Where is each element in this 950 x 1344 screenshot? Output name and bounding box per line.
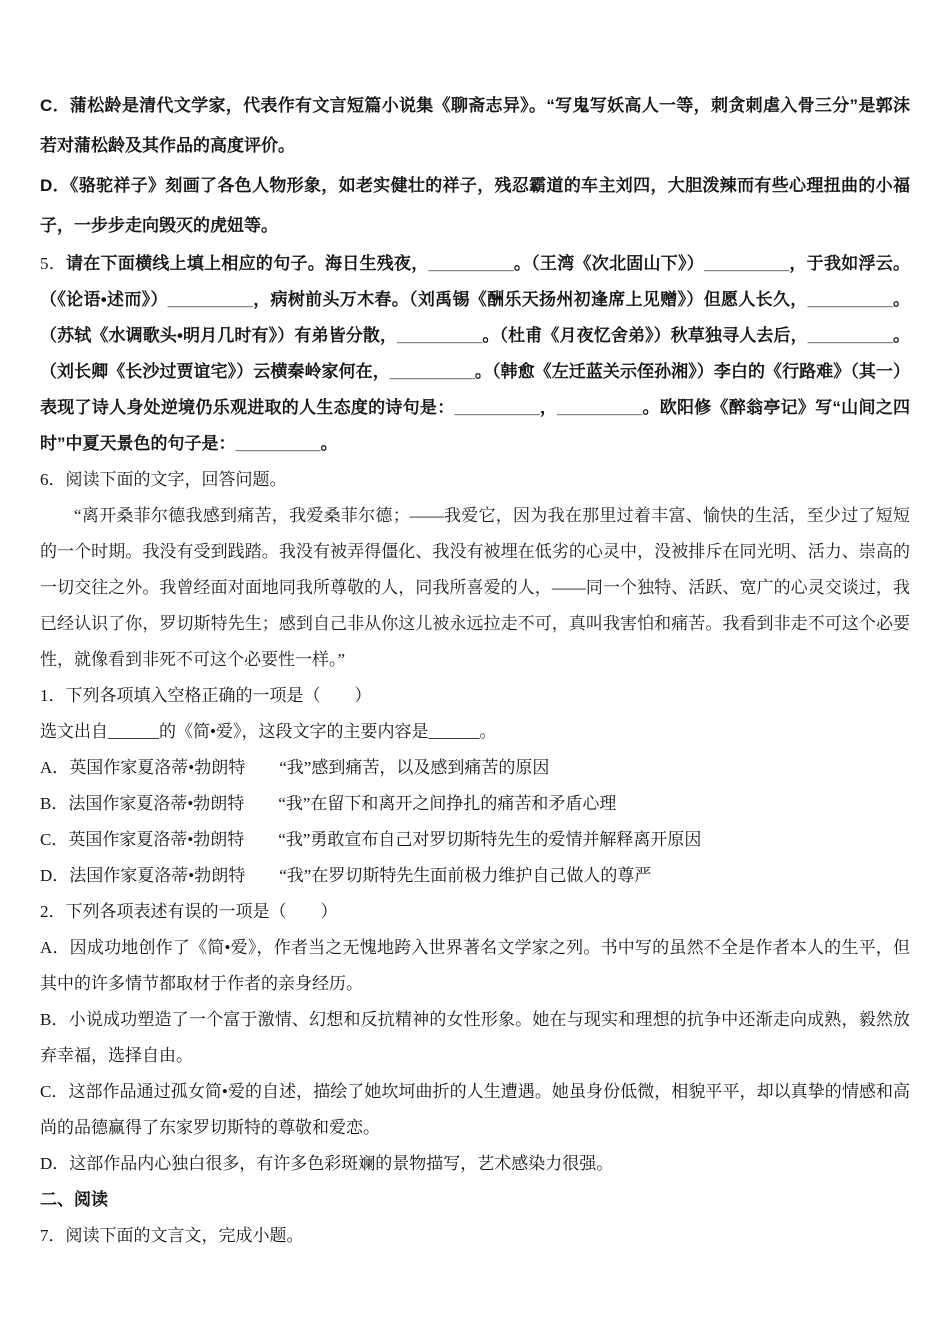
choice-c-pu-songling: C．蒲松龄是清代文学家，代表作有文言短篇小说集《聊斋志异》。“写鬼写妖高人一等，… bbox=[40, 86, 910, 166]
question-6-intro: 6．阅读下面的文字，回答问题。 bbox=[40, 462, 910, 498]
q6-sub2-option-a: A．因成功地创作了《简•爱》，作者当之无愧地跨入世界著名文学家之列。书中写的虽然… bbox=[40, 930, 910, 1002]
text-run: 6．阅读下面的文字，回答问题。 bbox=[40, 470, 287, 489]
text-run: A．因成功地创作了《简•爱》，作者当之无愧地跨入世界著名文学家之列。书中写的虽然… bbox=[40, 938, 910, 993]
q6-sub2-stem: 2．下列各项表述有误的一项是（ ） bbox=[40, 894, 910, 930]
exam-document-page: C．蒲松龄是清代文学家，代表作有文言短篇小说集《聊斋志异》。“写鬼写妖高人一等，… bbox=[0, 0, 950, 1344]
text-run: 2．下列各项表述有误的一项是（ ） bbox=[40, 902, 338, 921]
section-2-heading: 二、阅读 bbox=[40, 1182, 910, 1218]
question-5-dictation: 5．请在下面横线上填上相应的句子。海日生残夜，_________。（王湾《次北固… bbox=[40, 246, 910, 462]
question-7-intro: 7．阅读下面的文言文，完成小题。 bbox=[40, 1218, 910, 1254]
jane-eyre-quote: “离开桑菲尔德我感到痛苦，我爱桑菲尔德；——我爱它，因为我在那里过着丰富、愉快的… bbox=[40, 498, 910, 678]
q6-sub1-option-a: A．英国作家夏洛蒂•勃朗特 “我”感到痛苦，以及感到痛苦的原因 bbox=[40, 750, 910, 786]
text-run: 二、阅读 bbox=[40, 1190, 108, 1209]
text-run: B．小说成功塑造了一个富于激情、幻想和反抗精神的女性形象。她在与现实和理想的抗争… bbox=[40, 1010, 910, 1065]
q6-sub1-cloze: 选文出自______的《简•爱》，这段文字的主要内容是______。 bbox=[40, 714, 910, 750]
q6-sub1-stem: 1．下列各项填入空格正确的一项是（ ） bbox=[40, 678, 910, 714]
text-run: 选文出自______的《简•爱》，这段文字的主要内容是______。 bbox=[40, 722, 496, 741]
text-run: D．法国作家夏洛蒂•勃朗特 “我”在罗切斯特先生面前极力维护自己做人的尊严 bbox=[40, 866, 651, 885]
q6-sub2-option-d: D．这部作品内心独白很多，有许多色彩斑斓的景物描写，艺术感染力很强。 bbox=[40, 1146, 910, 1182]
text-run: A．英国作家夏洛蒂•勃朗特 “我”感到痛苦，以及感到痛苦的原因 bbox=[40, 758, 549, 777]
text-run: 1．下列各项填入空格正确的一项是（ ） bbox=[40, 686, 372, 705]
text-run: 7．阅读下面的文言文，完成小题。 bbox=[40, 1226, 304, 1245]
text-run: D．这部作品内心独白很多，有许多色彩斑斓的景物描写，艺术感染力很强。 bbox=[40, 1154, 613, 1173]
choice-d-luotuo-xiangzi: D．《骆驼祥子》刻画了各色人物形象，如老实健壮的祥子，残忍霸道的车主刘四，大胆泼… bbox=[40, 166, 910, 246]
q6-sub2-option-c: C．这部作品通过孤女简•爱的自述，描绘了她坎坷曲折的人生遭遇。她虽身份低微，相貌… bbox=[40, 1074, 910, 1146]
exam-content: C．蒲松龄是清代文学家，代表作有文言短篇小说集《聊斋志异》。“写鬼写妖高人一等，… bbox=[40, 86, 910, 1254]
text-run: D．《骆驼祥子》刻画了各色人物形象，如老实健壮的祥子，残忍霸道的车主刘四，大胆泼… bbox=[40, 176, 910, 235]
q6-sub1-option-c: C．英国作家夏洛蒂•勃朗特 “我”勇敢宣布自己对罗切斯特先生的爱情并解释离开原因 bbox=[40, 822, 910, 858]
text-run: C．英国作家夏洛蒂•勃朗特 “我”勇敢宣布自己对罗切斯特先生的爱情并解释离开原因 bbox=[40, 830, 701, 849]
text-run: C．这部作品通过孤女简•爱的自述，描绘了她坎坷曲折的人生遭遇。她虽身份低微，相貌… bbox=[40, 1082, 910, 1137]
text-run: B．法国作家夏洛蒂•勃朗特 “我”在留下和离开之间挣扎的痛苦和矛盾心理 bbox=[40, 794, 616, 813]
q6-sub1-option-d: D．法国作家夏洛蒂•勃朗特 “我”在罗切斯特先生面前极力维护自己做人的尊严 bbox=[40, 858, 910, 894]
q6-sub2-option-b: B．小说成功塑造了一个富于激情、幻想和反抗精神的女性形象。她在与现实和理想的抗争… bbox=[40, 1002, 910, 1074]
q6-sub1-option-b: B．法国作家夏洛蒂•勃朗特 “我”在留下和离开之间挣扎的痛苦和矛盾心理 bbox=[40, 786, 910, 822]
text-run: “离开桑菲尔德我感到痛苦，我爱桑菲尔德；——我爱它，因为我在那里过着丰富、愉快的… bbox=[40, 506, 910, 669]
text-run: C．蒲松龄是清代文学家，代表作有文言短篇小说集《聊斋志异》。“写鬼写妖高人一等，… bbox=[40, 96, 910, 155]
question-number: 5． bbox=[40, 254, 66, 273]
text-run: 请在下面横线上填上相应的句子。海日生残夜，_________。（王湾《次北固山下… bbox=[40, 254, 910, 453]
